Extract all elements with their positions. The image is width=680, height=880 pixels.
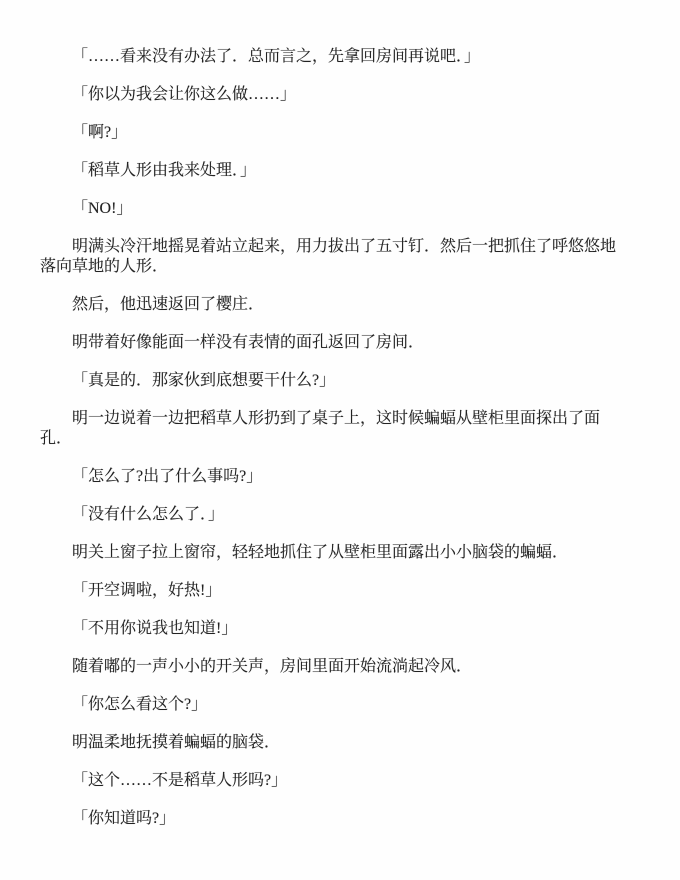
narration-line: 明关上窗子拉上窗帘，轻轻地抓住了从壁柜里面露出小小脑袋的蝙蝠． xyxy=(40,543,624,563)
novel-text-block: 「……看来没有办法了．总而言之，先拿回房间再说吧．」 「你以为我会让你这么做……… xyxy=(40,47,624,829)
dialogue-line: 「你以为我会让你这么做……」 xyxy=(40,85,624,105)
narration-line: 明一边说着一边把稻草人形扔到了桌子上，这时候蝙蝠从壁柜里面探出了面孔． xyxy=(40,409,624,449)
narration-line: 然后，他迅速返回了樱庄． xyxy=(40,295,624,315)
dialogue-line: 「没有什么怎么了．」 xyxy=(40,505,624,525)
narration-line: 明满头冷汗地摇晃着站立起来，用力拔出了五寸钉．然后一把抓住了呼悠悠地落向草地的人… xyxy=(40,237,624,277)
dialogue-line: 「你怎么看这个?」 xyxy=(40,695,624,715)
dialogue-line: 「稻草人形由我来处理．」 xyxy=(40,161,624,181)
dialogue-line: 「……看来没有办法了．总而言之，先拿回房间再说吧．」 xyxy=(40,47,624,67)
dialogue-line: 「真是的．那家伙到底想要干什么?」 xyxy=(40,371,624,391)
dialogue-line: 「怎么了?出了什么事吗?」 xyxy=(40,467,624,487)
narration-line: 明温柔地抚摸着蝙蝠的脑袋． xyxy=(40,733,624,753)
narration-line: 随着嘟的一声小小的开关声，房间里面开始流淌起冷风． xyxy=(40,657,624,677)
document-page: 「……看来没有办法了．总而言之，先拿回房间再说吧．」 「你以为我会让你这么做……… xyxy=(0,0,680,880)
dialogue-line: 「这个……不是稻草人形吗?」 xyxy=(40,771,624,791)
narration-line: 明带着好像能面一样没有表情的面孔返回了房间． xyxy=(40,333,624,353)
dialogue-line: 「你知道吗?」 xyxy=(40,809,624,829)
dialogue-line: 「啊?」 xyxy=(40,123,624,143)
dialogue-line: 「开空调啦，好热!」 xyxy=(40,581,624,601)
dialogue-line: 「NO!」 xyxy=(40,199,624,219)
dialogue-line: 「不用你说我也知道!」 xyxy=(40,619,624,639)
